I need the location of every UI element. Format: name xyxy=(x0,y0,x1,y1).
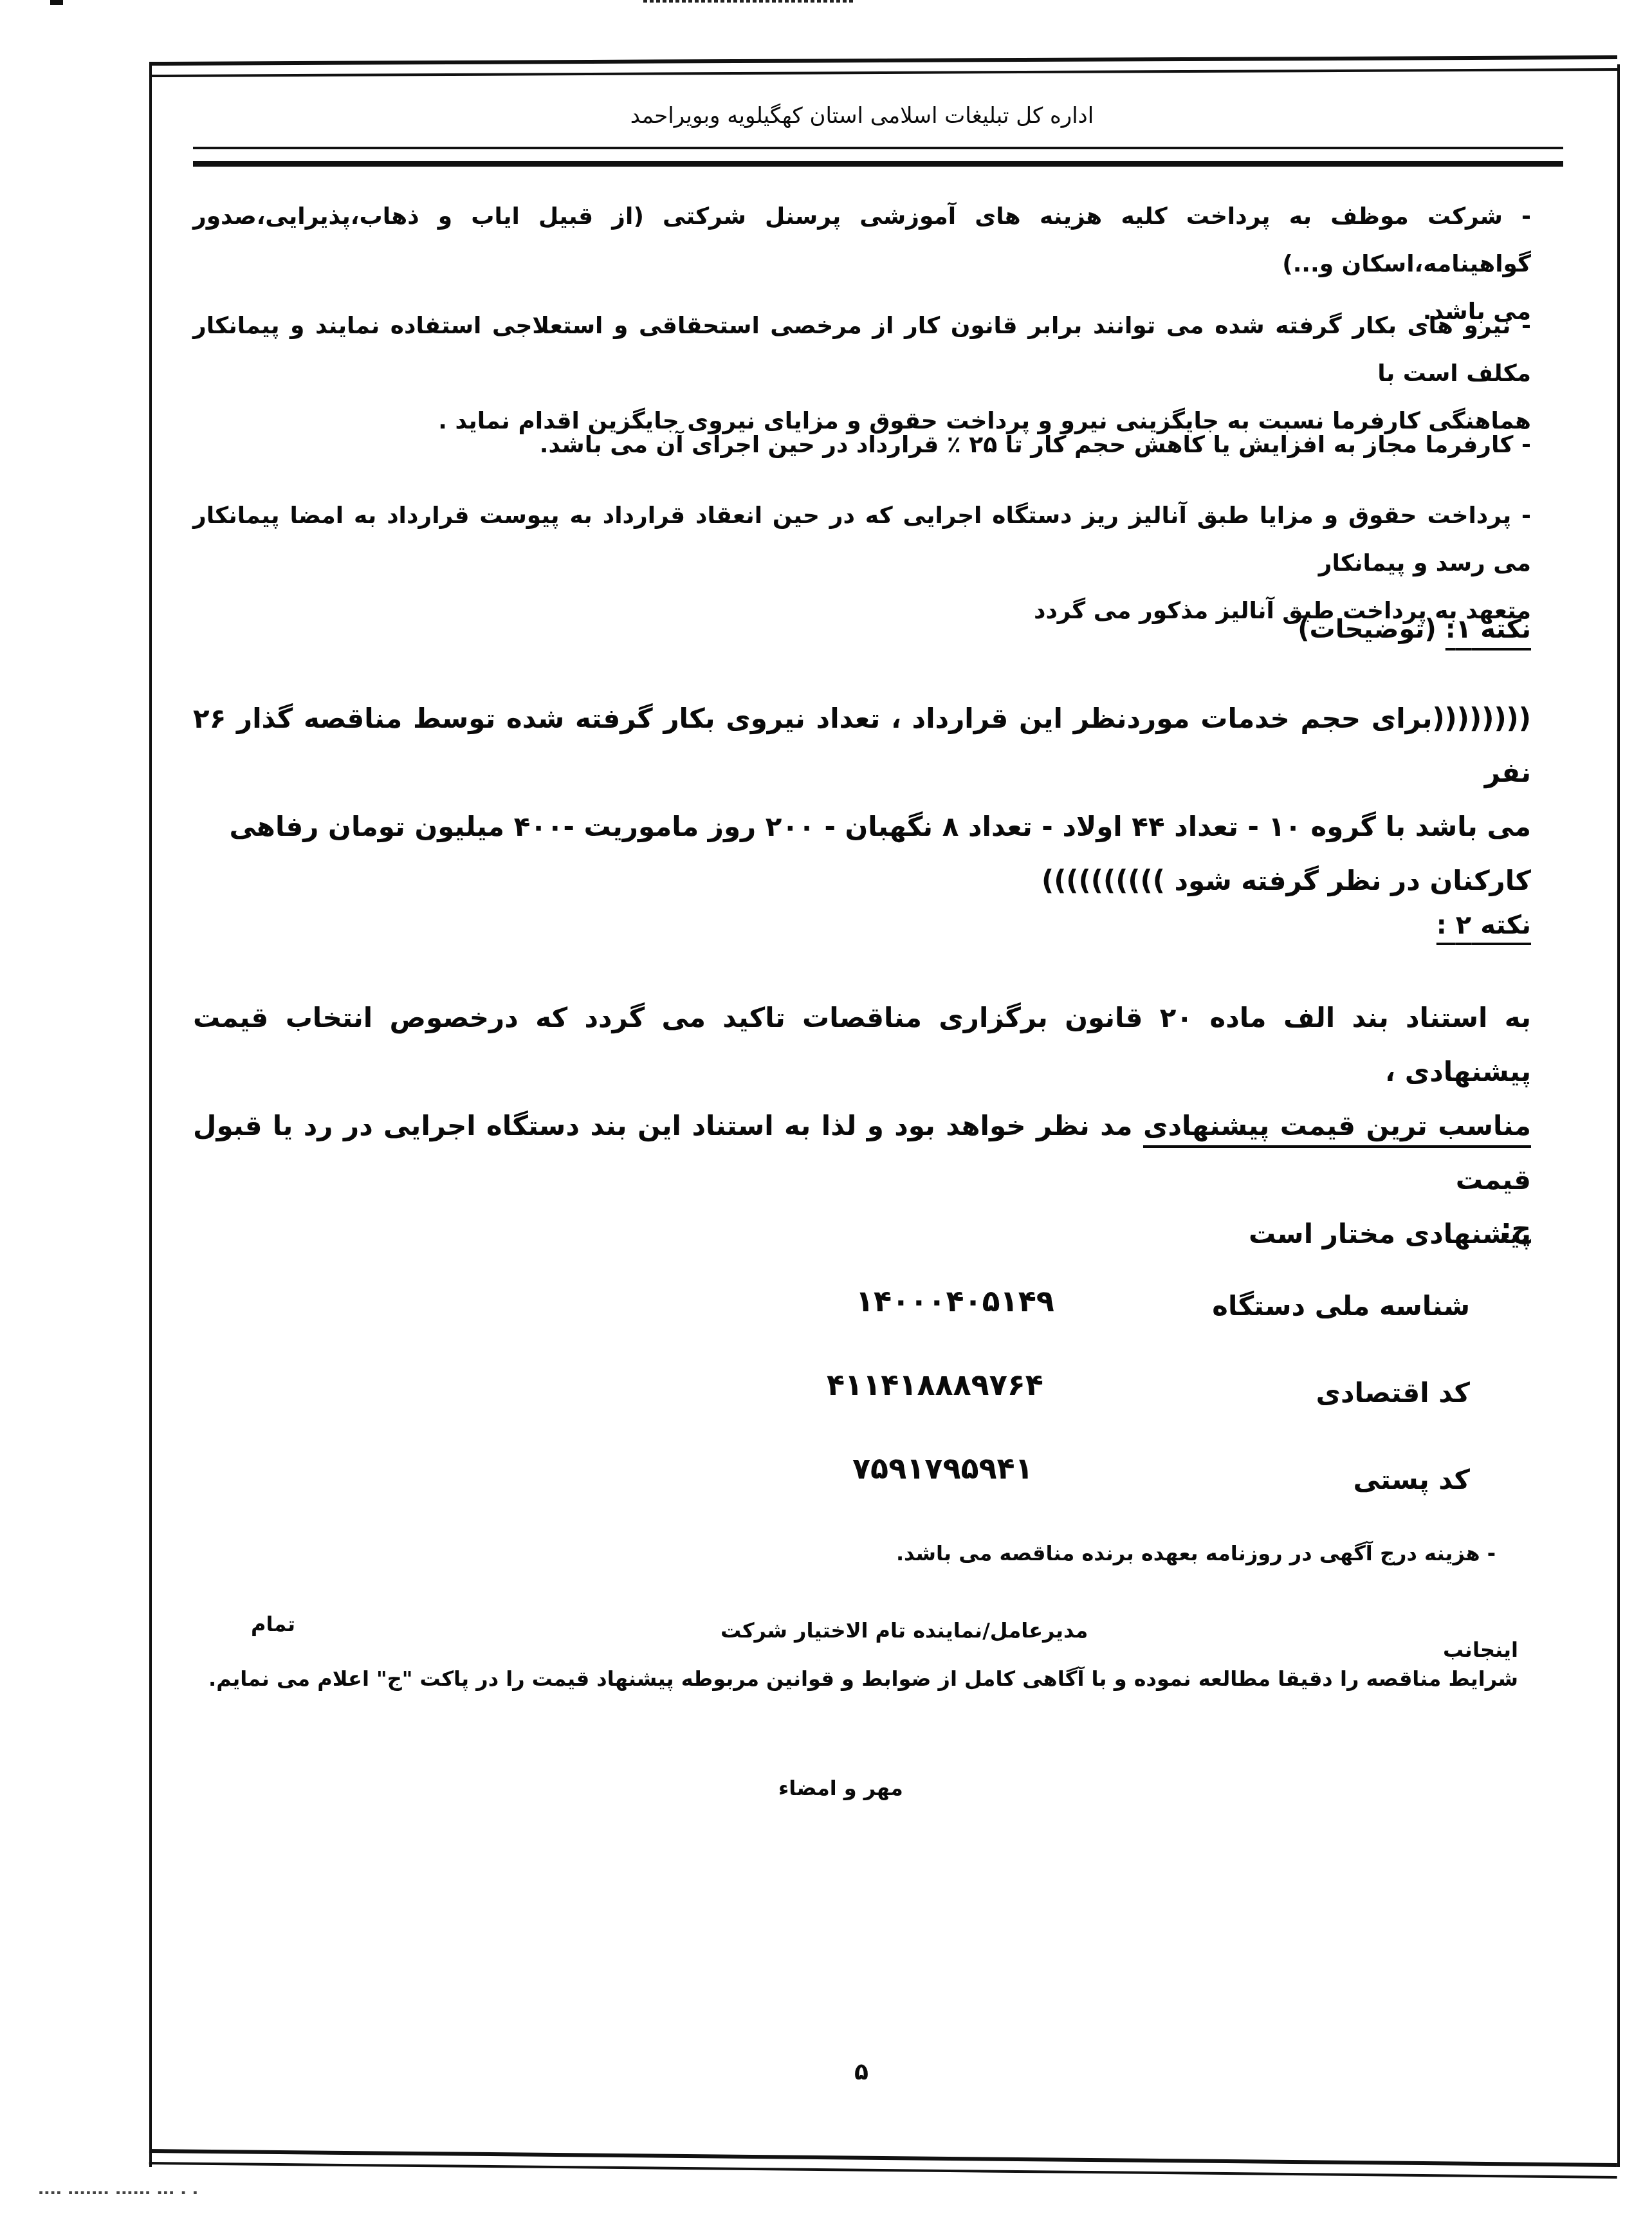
scan-artifact xyxy=(50,0,63,5)
scan-artifact: ▪▪▪▪ ▪▪▪▪▪▪▪ ▪▪▪▪▪▪ ▪▪▪ ▪ ▪ xyxy=(39,2188,199,2197)
note-1-heading: نکته ۱: (توضیحات) xyxy=(1298,614,1531,644)
note-1-line-2: می باشد با گروه ۱۰ - تعداد ۴۴ اولاد - تع… xyxy=(193,800,1531,854)
clause-2-line-1: - نیرو های بکار گرفته شده می توانند براب… xyxy=(193,302,1531,398)
note-1-line-3: کارکنان در نظر گرفته شود )))))))))) xyxy=(193,854,1531,908)
note-2-line-3: پیشنهادی مختار است xyxy=(193,1207,1531,1261)
national-id-value: ۱۴۰۰۰۴۰۵۱۴۹ xyxy=(856,1284,1054,1318)
postal-code-label: کد پستی xyxy=(1354,1464,1470,1495)
ad-cost-note: - هزینه درج آگهی در روزنامه بعهده برنده … xyxy=(896,1541,1496,1565)
economic-code-value: ۴۱۱۴۱۸۸۸۹۷۶۴ xyxy=(827,1367,1043,1402)
economic-code-label: کد اقتصادی xyxy=(1316,1377,1470,1408)
declaration-role: مدیرعامل/نماینده تام الاختیار شرکت xyxy=(720,1618,1088,1643)
declaration-statement: شرایط مناقصه را دقیقا مطالعه نموده و با … xyxy=(208,1666,1518,1691)
scan-artifact xyxy=(643,0,856,3)
note-2-emphasis: مناسب ترین قیمت پیشنهادی xyxy=(1143,1110,1531,1141)
letterhead-title: اداره کل تبلیغات اسلامی استان کهگیلویه و… xyxy=(193,103,1531,129)
note-1-line-1: ((((((((برای حجم خدمات موردنظر این قرارد… xyxy=(193,692,1531,800)
signature-label: مهر و امضاء xyxy=(778,1776,903,1800)
clause-4: - پرداخت حقوق و مزایا طبق آنالیز ریز دست… xyxy=(193,492,1531,635)
note-2-line-1: به استناد بند الف ماده ۲۰ قانون برگزاری … xyxy=(193,991,1531,1099)
clause-3-line-1: - کارفرما مجاز به افزایش یا کاهش حجم کار… xyxy=(193,421,1531,469)
note-2-heading: نکته ۲ : xyxy=(1436,910,1531,940)
note-1-heading-prefix: نکته ۱: xyxy=(1445,614,1531,644)
page-number: ۵ xyxy=(854,2059,868,2085)
note-2-line-2: مناسب ترین قیمت پیشنهادی مد نظر خواهد بو… xyxy=(193,1099,1531,1207)
clause-4-line-1: - پرداخت حقوق و مزایا طبق آنالیز ریز دست… xyxy=(193,492,1531,587)
national-id-label: شناسه ملی دستگاه xyxy=(1212,1290,1470,1322)
clause-3: - کارفرما مجاز به افزایش یا کاهش حجم کار… xyxy=(193,421,1531,469)
postal-code-value: ۷۵۹۱۷۹۵۹۴۱ xyxy=(852,1451,1033,1486)
declaration-word-tamam: تمام xyxy=(251,1612,295,1636)
note-2-body: به استناد بند الف ماده ۲۰ قانون برگزاری … xyxy=(193,991,1531,1261)
note-1-heading-suffix: (توضیحات) xyxy=(1298,614,1436,644)
clause-1-line-1: - شرکت موظف به پرداخت کلیه هزینه های آمو… xyxy=(193,193,1531,288)
section-c-label: ج: xyxy=(1501,1213,1531,1244)
declaration-word-injaneb: اینجانب xyxy=(1443,1637,1518,1662)
letterhead-rule xyxy=(193,147,1563,167)
note-1-body: ((((((((برای حجم خدمات موردنظر این قرارد… xyxy=(193,692,1531,908)
